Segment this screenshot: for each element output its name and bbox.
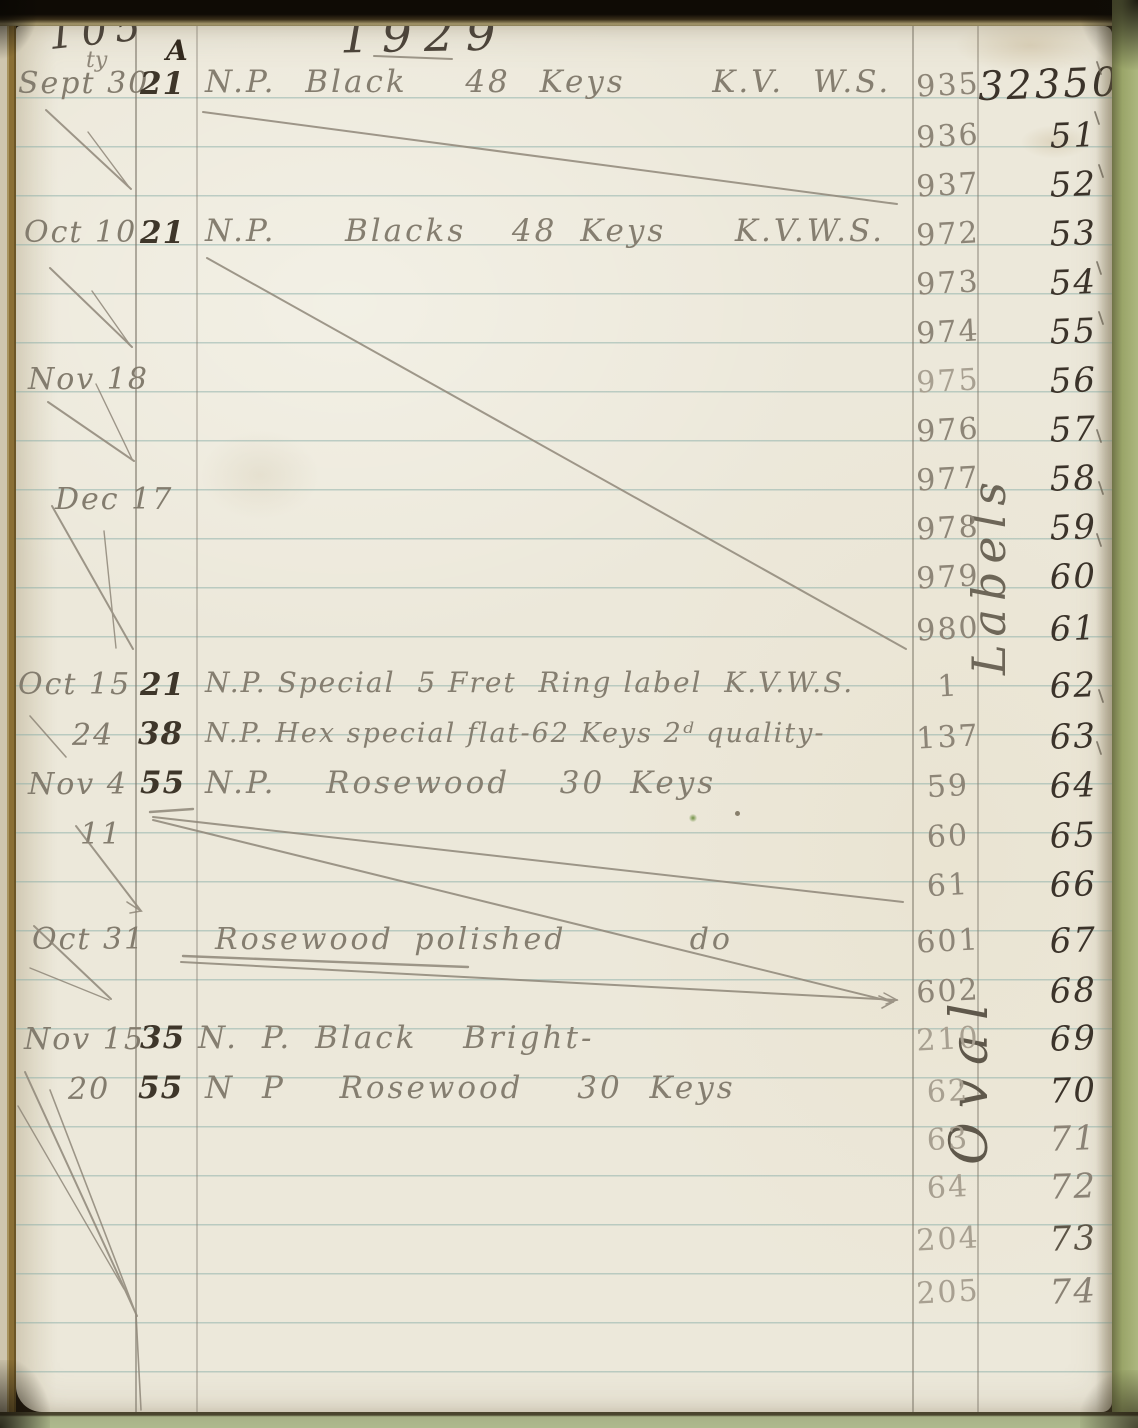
photo-corner-shadow [0, 1360, 50, 1428]
ledger-photo: 105 ty 1929 A Labels Oval Sept 30 21 N.P… [0, 0, 1138, 1428]
page-curl-shadow [1096, 26, 1112, 1412]
book-top-edge [0, 0, 1138, 26]
photo-corner-shadow [0, 0, 40, 60]
pencil-annotation-lines [0, 0, 1138, 1428]
photo-corner-shadow [1080, 1370, 1138, 1428]
book-right-edge [1112, 0, 1138, 1428]
book-bottom-edge [0, 1412, 1138, 1428]
photo-corner-shadow [1078, 0, 1138, 70]
